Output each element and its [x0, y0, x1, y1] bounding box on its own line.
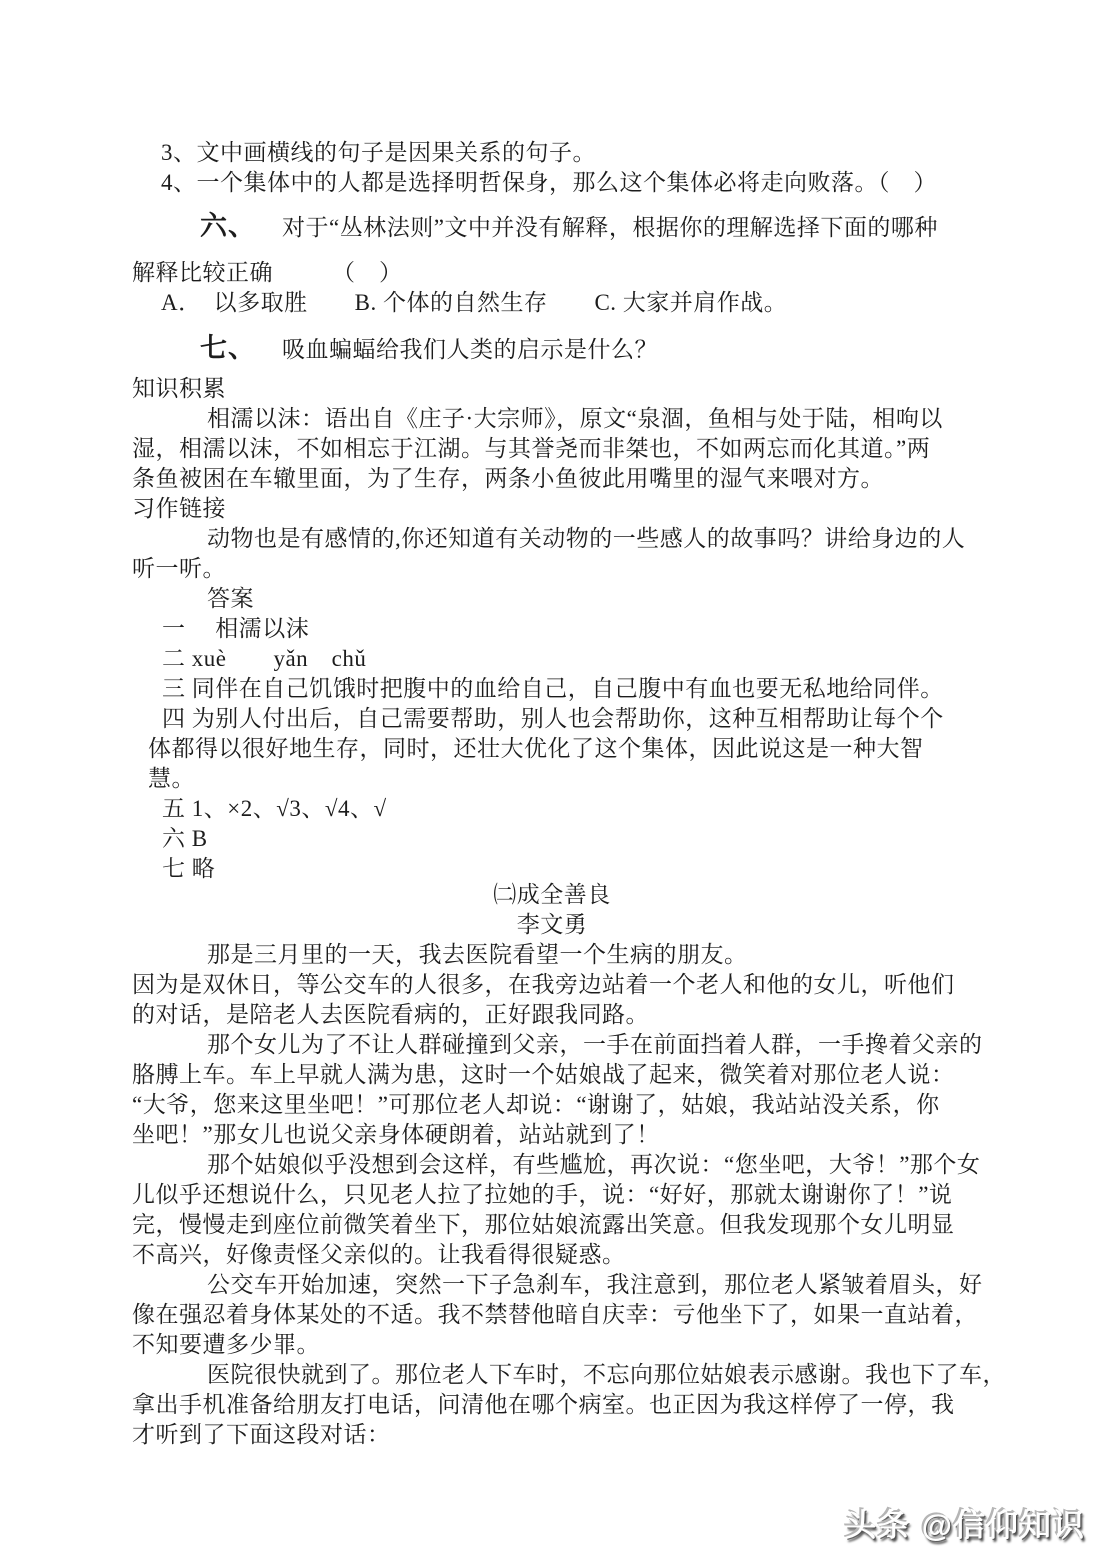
- answer-item-6: 六 B: [132, 824, 972, 854]
- section-six-options: A． 以多取胜 B. 个体的自然生存 C. 大家并肩作战。: [132, 288, 972, 318]
- section-seven-number: 七、: [200, 333, 256, 363]
- knowledge-line: 条鱼被困在车辙里面，为了生存，两条小鱼彼此用嘴里的湿气来喂对方。: [132, 464, 972, 494]
- answer-item-3: 三 同伴在自己饥饿时把腹中的血给自己，自己腹中有血也要无私地给同伴。: [132, 674, 972, 704]
- story-line: 的对话，是陪老人去医院看病的，正好跟我同路。: [132, 1000, 972, 1030]
- section-seven-heading: 七、吸血蝙蝠给我们人类的启示是什么？: [132, 330, 972, 366]
- story-author: 李文勇: [132, 910, 972, 940]
- story-line: 那个女儿为了不让人群碰撞到父亲，一手在前面挡着人群，一手搀着父亲的: [132, 1030, 972, 1060]
- story-line: 胳膊上车。车上早就人满为患，这时一个姑娘战了起来，微笑着对那位老人说：: [132, 1060, 972, 1090]
- answer-item-5: 五 1、×2、√3、√4、√: [132, 794, 972, 824]
- story-line: 不高兴，好像责怪父亲似的。让我看得很疑惑。: [132, 1240, 972, 1270]
- story-line: 医院很快就到了。那位老人下车时，不忘向那位姑娘表示感谢。我也下了车，: [132, 1360, 972, 1390]
- knowledge-heading: 知识积累: [132, 374, 972, 404]
- story-line: 坐吧！”那女儿也说父亲身体硬朗着，站站就到了！: [132, 1120, 972, 1150]
- story-line: 因为是双休日，等公交车的人很多，在我旁边站着一个老人和他的女儿，听他们: [132, 970, 972, 1000]
- section-six-text: 对于“丛林法则”文中并没有解释，根据你的理解选择下面的哪种: [282, 215, 938, 240]
- story-line: 不知要遭多少罪。: [132, 1330, 972, 1360]
- story-line: 那个姑娘似乎没想到会这样，有些尴尬，再次说：“您坐吧，大爷！”那个女: [132, 1150, 972, 1180]
- answer-item-4-cont: 体都得以很好地生存，同时，还壮大优化了这个集体，因此说这是一种大智: [132, 734, 972, 764]
- story-line: 儿似乎还想说什么，只见老人拉了拉她的手，说：“好好，那就太谢谢你了！”说: [132, 1180, 972, 1210]
- story-line: 公交车开始加速，突然一下子急刹车，我注意到，那位老人紧皱着眉头，好: [132, 1270, 972, 1300]
- section-six-heading: 六、对于“丛林法则”文中并没有解释，根据你的理解选择下面的哪种: [132, 208, 972, 244]
- section-six-number: 六、: [200, 211, 256, 241]
- practice-heading: 习作链接: [132, 494, 972, 524]
- answer-item-4-cont: 慧。: [132, 764, 972, 794]
- document-page: 3、文中画横线的句子是因果关系的句子。 4、一个集体中的人都是选择明哲保身，那么…: [0, 0, 1102, 1559]
- story-line: 拿出手机准备给朋友打电话，问清他在哪个病室。也正因为我这样停了一停，我: [132, 1390, 972, 1420]
- section-seven-text: 吸血蝙蝠给我们人类的启示是什么？: [282, 337, 658, 362]
- question-3: 3、文中画横线的句子是因果关系的句子。: [132, 138, 972, 168]
- question-4: 4、一个集体中的人都是选择明哲保身，那么这个集体必将走向败落。（ ）: [132, 168, 972, 198]
- document-content: 3、文中画横线的句子是因果关系的句子。 4、一个集体中的人都是选择明哲保身，那么…: [132, 138, 972, 1450]
- practice-line: 听一听。: [132, 554, 972, 584]
- story-line: 像在强忍着身体某处的不适。我不禁替他暗自庆幸：亏他坐下了，如果一直站着，: [132, 1300, 972, 1330]
- knowledge-line: 湿，相濡以沫，不如相忘于江湖。与其誉尧而非桀也，不如两忘而化其道。”两: [132, 434, 972, 464]
- practice-line: 动物也是有感情的,你还知道有关动物的一些感人的故事吗？讲给身边的人: [132, 524, 972, 554]
- answer-item-4: 四 为别人付出后，自己需要帮助，别人也会帮助你，这种互相帮助让每个个: [132, 704, 972, 734]
- answers-heading: 答案: [132, 584, 972, 614]
- knowledge-line: 相濡以沫：语出自《庄子·大宗师》，原文“泉涸，鱼相与处于陆，相呴以: [132, 404, 972, 434]
- story-title: ㈡成全善良: [132, 880, 972, 910]
- story-line: 才听到了下面这段对话：: [132, 1420, 972, 1450]
- story-line: 那是三月里的一天，我去医院看望一个生病的朋友。: [132, 940, 972, 970]
- section-six-answer-blank: 解释比较正确 （ ）: [132, 258, 972, 288]
- story-line: “大爷，您来这里坐吧！”可那位老人却说：“谢谢了，姑娘，我站站没关系，你: [132, 1090, 972, 1120]
- answer-item-1: 一 相濡以沫: [132, 614, 972, 644]
- story-line: 完，慢慢走到座位前微笑着坐下，那位姑娘流露出笑意。但我发现那个女儿明显: [132, 1210, 972, 1240]
- watermark: 头条 @信仰知识: [845, 1500, 1086, 1545]
- answer-item-2: 二 xuè yǎn chǔ: [132, 644, 972, 674]
